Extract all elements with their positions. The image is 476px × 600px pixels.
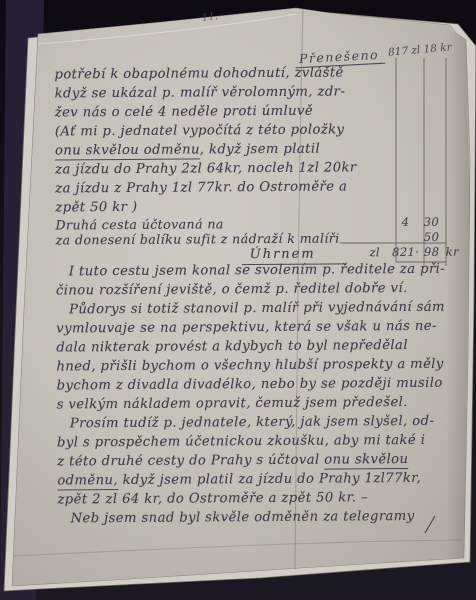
amount-kr: 98: [420, 245, 444, 260]
text-segment: hned, přišli bychom o všechny hlubší pro…: [56, 357, 443, 375]
text-segment: Prosím tudíž p. jednatele, který, jak js…: [70, 414, 435, 432]
total-currency-prefix: zl: [362, 245, 388, 260]
text-segment: Druhá cesta účtovaná na: [55, 216, 223, 232]
underlined-text: onu skvělou: [324, 452, 408, 470]
text-segment: za jízdu do Prahy 2zl 64kr, nocleh 1zl 2…: [55, 160, 357, 177]
amount-zl: 4: [391, 215, 419, 230]
amount-kr: 30: [419, 215, 443, 230]
text-segment: když se ukázal p. malíř věrolomným, zdr-: [55, 84, 346, 101]
amount-zl: 821·: [392, 245, 420, 260]
text-segment: , když jsem platil: [200, 142, 320, 158]
handwritten-text: potřebí k obapolnému dohodnutí, zvláštěk…: [54, 63, 471, 529]
text-segment: potřebí k obapolnému dohodnutí, zvláště: [54, 65, 343, 82]
text-segment: dala nikterak provést a kdybych to byl n…: [56, 338, 408, 355]
text-segment: byl s prospěchem účetnickou zkoušku, aby…: [57, 433, 425, 451]
text-segment: zpět 2 zl 64 kr, do Ostroměře a zpět 50 …: [57, 490, 368, 507]
text-segment: (Ať mi p. jednatel vypočítá z této polož…: [55, 122, 345, 139]
text-segment: I tuto cestu jsem konal se svolením p. ř…: [69, 262, 445, 280]
text-segment: bychom z divadla divadélko, nebo by se p…: [57, 376, 443, 394]
underlined-text: onu skvělou odměnu: [55, 142, 200, 160]
amount-kr: 50: [420, 230, 444, 245]
text-line: Neb jsem snad byl skvěle odměněn za tele…: [57, 507, 471, 529]
text-segment: za jízdu z Prahy 1zl 77kr. do Ostroměře …: [55, 179, 347, 196]
page-number: 11.: [201, 11, 218, 24]
total-currency-suffix: kr: [446, 245, 468, 260]
text-segment: když jsem platil za jízdu do Prahy 1zl77…: [118, 471, 421, 488]
text-segment: žev nás o celé 4 neděle proti úmluvě: [55, 104, 313, 121]
text-segment: s velkým nákladem opravit, čemuž jsem př…: [57, 395, 408, 412]
text-segment: Půdorys si totiž stanovil p. malíř při v…: [69, 300, 445, 318]
photo-frame: 11. Přenešeno 817 zl 18 kr potřebí k oba…: [0, 0, 476, 600]
text-segment: vymlouvaje se na perspektivu, která se v…: [56, 319, 437, 337]
text-segment: z této druhé cesty do Prahy s účtoval: [57, 453, 324, 470]
text-segment: Neb jsem snad byl skvěle odměněn za tele…: [71, 509, 415, 526]
underlined-text: odměnu,: [57, 473, 118, 490]
text-segment: činou rozšíření jeviště, o čemž p. ředit…: [56, 281, 408, 298]
text-segment: zpět 50 kr ): [55, 200, 137, 216]
